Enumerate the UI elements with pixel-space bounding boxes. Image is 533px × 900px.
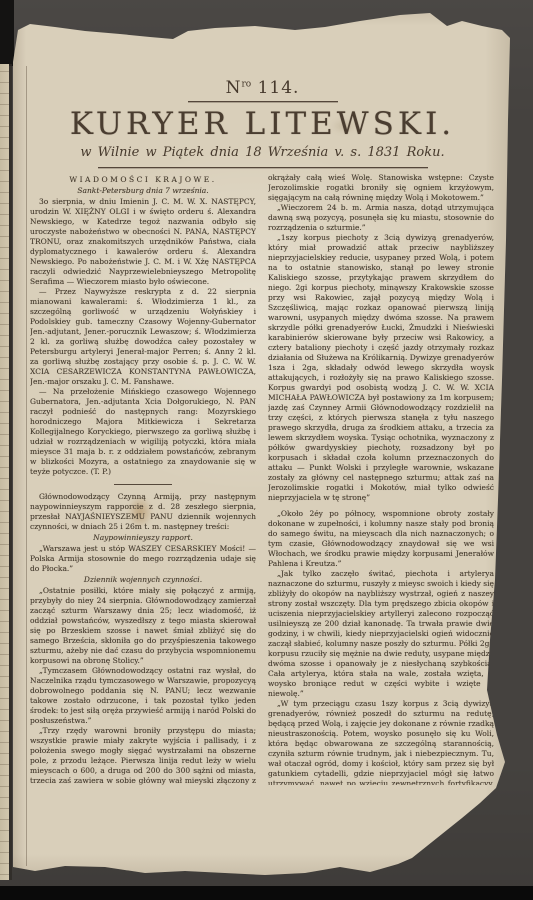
article-paragraph: „Wieczorem 24 b. m. Armia nasza, dotąd u… bbox=[268, 203, 494, 233]
article-paragraph: — Przez Naywyższe reskrypta z d. 22 sier… bbox=[30, 287, 256, 387]
article-paragraph: „Tymczasem Głównodowodzący ostatni raz w… bbox=[30, 666, 256, 726]
top-left-shadow bbox=[0, 0, 14, 66]
bottom-black-band bbox=[0, 886, 533, 900]
article-paragraph: okrążały całą wieś Wolę. Stanowiska wstę… bbox=[268, 173, 494, 203]
issue-number-value: 114. bbox=[251, 78, 299, 98]
article-columns: WIADOMOŚCI KRAJOWE. Sankt-Petersburg dni… bbox=[30, 173, 495, 785]
newspaper-page: Nro 114. KURYER LITEWSKI. w Wilnie w Pią… bbox=[10, 0, 513, 888]
article-paragraph: „1szy korpus piechoty z 3cią dywizyą gre… bbox=[268, 233, 494, 503]
article-paragraph: „W tym przeciągu czasu 1szy korpus z 3ci… bbox=[268, 699, 494, 785]
page-content: Nro 114. KURYER LITEWSKI. w Wilnie w Pią… bbox=[10, 0, 513, 785]
masthead-rule bbox=[98, 167, 428, 168]
right-column: okrążały całą wieś Wolę. Stanowiska wstę… bbox=[268, 173, 494, 785]
issue-superscript: ro bbox=[241, 79, 251, 89]
report-title: Naypowinnieyszy rapport. bbox=[30, 533, 256, 543]
journal-title: Dziennik wojennych czynności. bbox=[30, 575, 256, 585]
article-paragraph: „Warszawa jest u stóp WASZEY CESARSKIEY … bbox=[30, 544, 256, 574]
masthead-dateline: w Wilnie w Piątek dnia 18 Września v. s.… bbox=[30, 145, 495, 160]
section-heading: WIADOMOŚCI KRAJOWE. bbox=[30, 175, 256, 185]
article-paragraph: „Ostatnie posiłki, które miały się połąc… bbox=[30, 586, 256, 666]
issue-number: Nro 114. bbox=[30, 78, 495, 98]
left-column: WIADOMOŚCI KRAJOWE. Sankt-Petersburg dni… bbox=[30, 173, 256, 785]
article-paragraph: — Na przełożenie Mińskiego czasowego Woj… bbox=[30, 387, 256, 477]
newspaper-title: KURYER LITEWSKI. bbox=[30, 106, 495, 142]
issue-rule bbox=[188, 101, 338, 102]
article-dateline: Sankt-Petersburg dnia 7 września. bbox=[30, 186, 256, 196]
article-paragraph: „Trzy rzędy warowni broniły przystępu do… bbox=[30, 726, 256, 785]
article-paragraph: „Jak tylko zaczęło świtać, piechota i ar… bbox=[268, 569, 494, 699]
article-paragraph: 3o sierpnia, w dniu Imienin J. C. M. W. … bbox=[30, 197, 256, 287]
article-paragraph: „Około 2éy po północy, wspomnione obroty… bbox=[268, 509, 494, 569]
adjacent-page-edge bbox=[0, 64, 9, 880]
issue-prefix: N bbox=[226, 78, 242, 98]
article-paragraph: Głównodowodzący Czynną Armiją, przy nast… bbox=[30, 492, 256, 532]
section-divider-rule bbox=[114, 484, 172, 485]
binding-crease bbox=[9, 64, 12, 880]
